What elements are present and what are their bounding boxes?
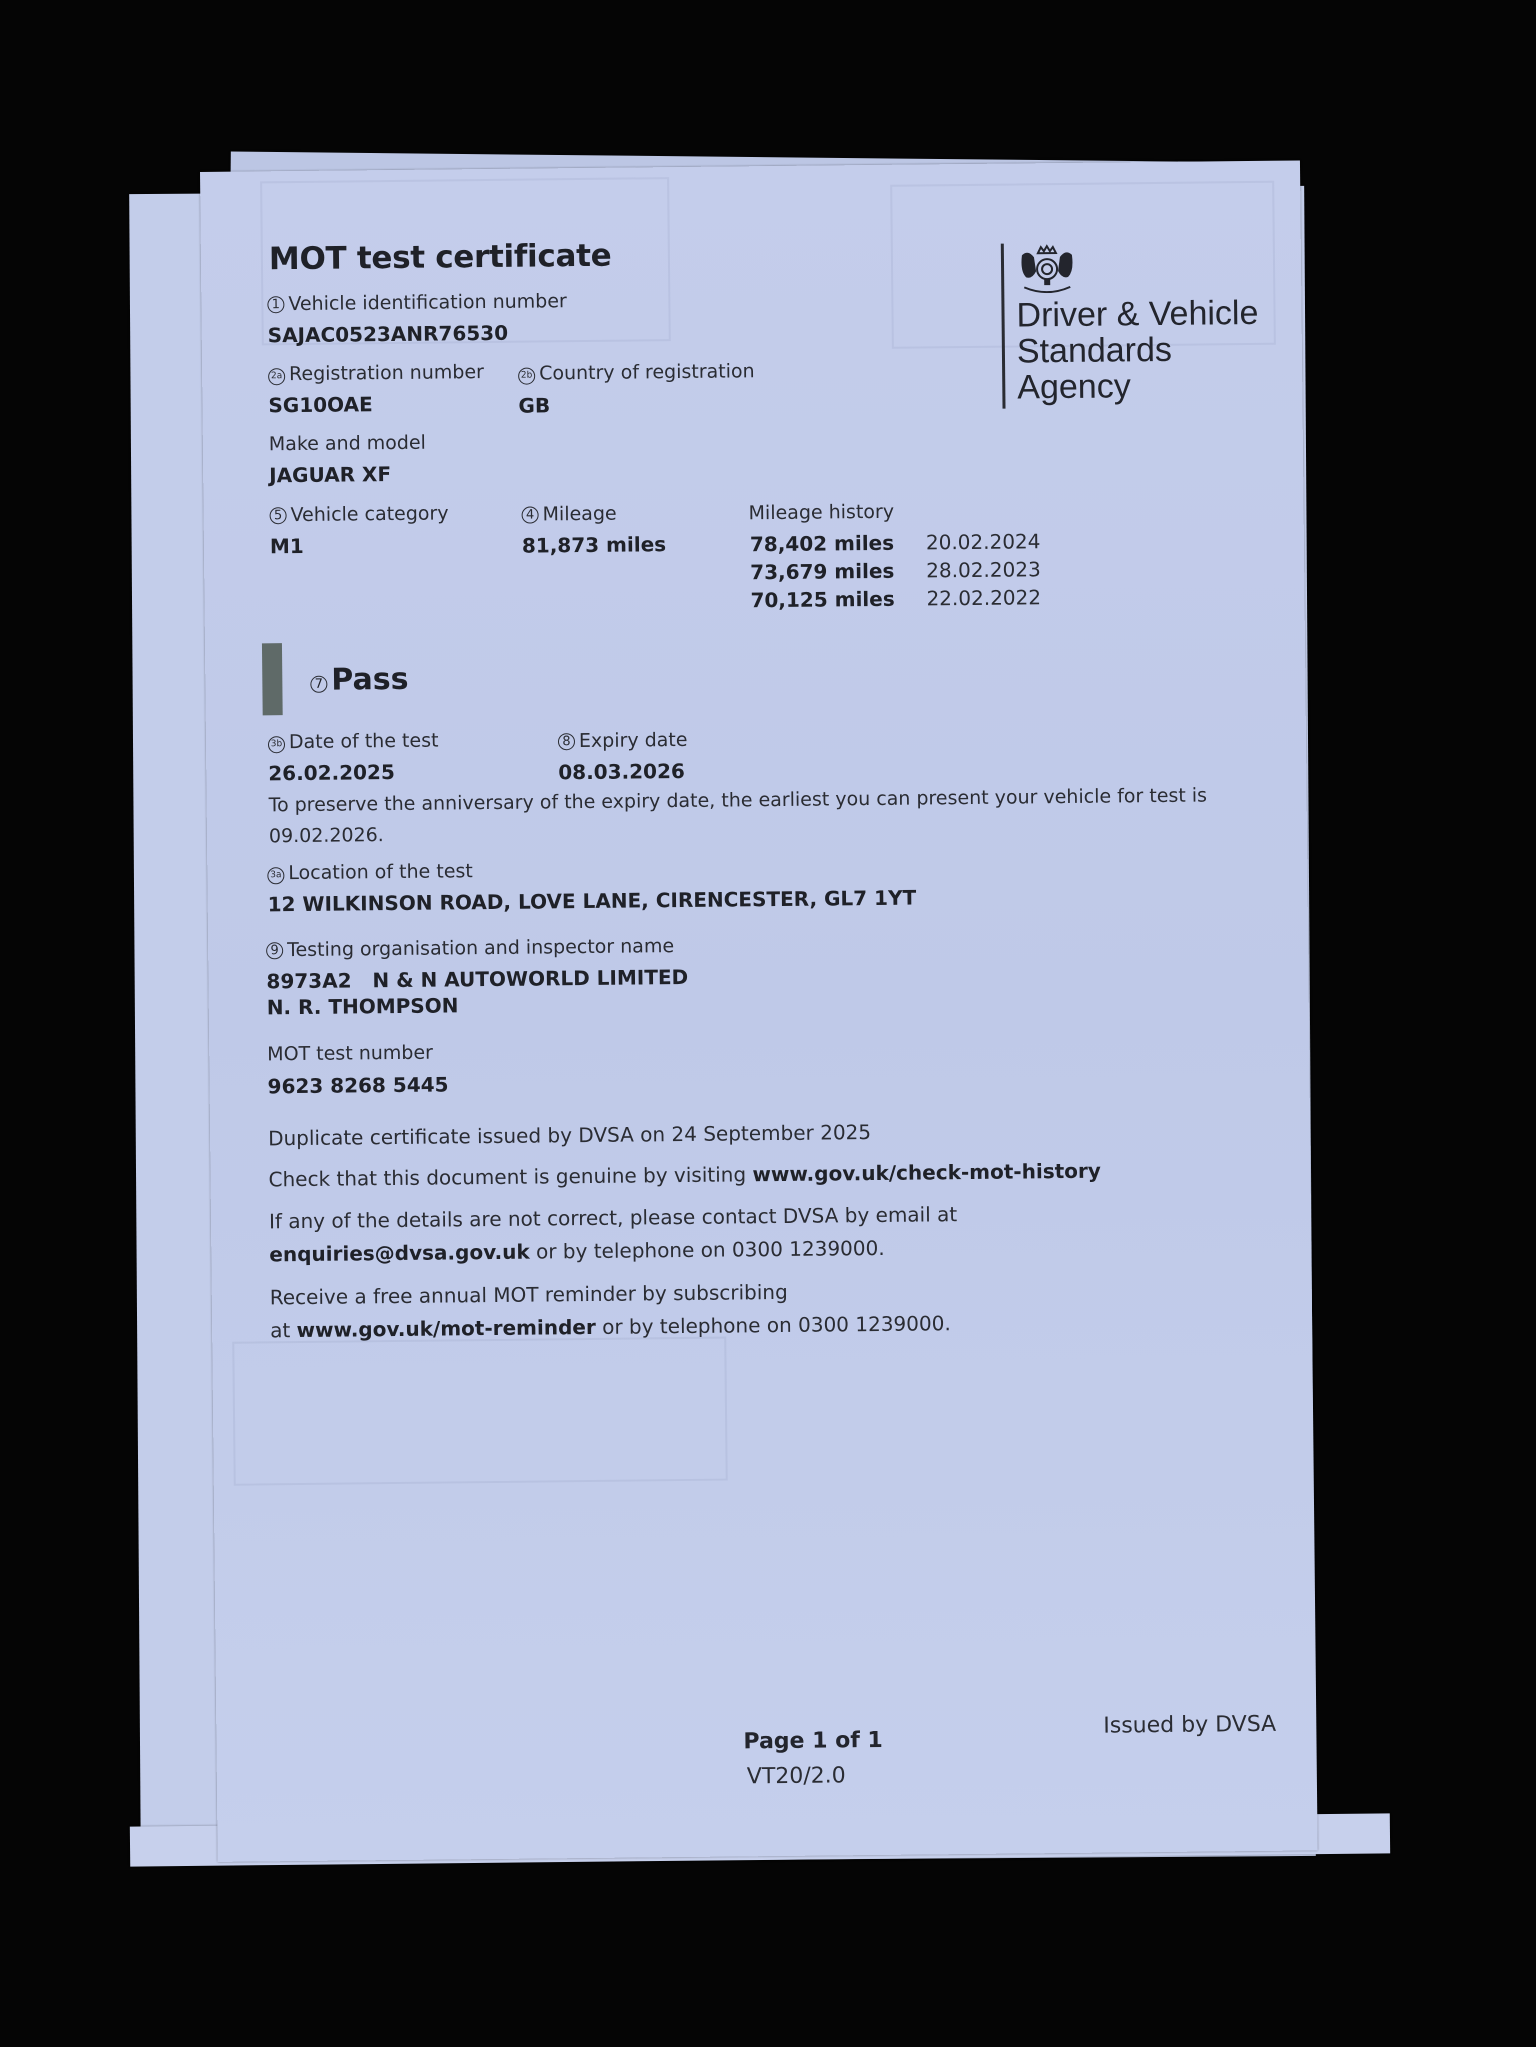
- test-number-label: MOT test number: [267, 1042, 433, 1066]
- agency-name-line: Agency: [1017, 367, 1259, 406]
- reminder-note-line2: at www.gov.uk/mot-reminder or by telepho…: [270, 1311, 951, 1342]
- country-value: GB: [518, 393, 550, 417]
- mileage-history-date: 28.02.2023: [926, 557, 1041, 582]
- field-number-badge: 3b: [268, 736, 285, 753]
- duplicate-note: Duplicate certificate issued by DVSA on …: [268, 1120, 871, 1150]
- mileage-history-date: 22.02.2022: [926, 585, 1041, 610]
- test-number-value: 9623 8268 5445: [267, 1072, 448, 1098]
- agency-name-line: Driver & Vehicle: [1016, 295, 1258, 334]
- contact-note: If any of the details are not correct, p…: [269, 1202, 957, 1233]
- mot-reminder-link[interactable]: www.gov.uk/mot-reminder: [296, 1315, 595, 1342]
- mileage-value: 81,873 miles: [522, 532, 666, 558]
- organisation-value: 8973A2 N & N AUTOWORLD LIMITED: [266, 965, 688, 993]
- make-model-label: Make and model: [269, 432, 426, 456]
- registration-label: 2aRegistration number: [268, 361, 484, 385]
- issued-by: Issued by DVSA: [1103, 1712, 1276, 1739]
- dvsa-email-link[interactable]: enquiries@dvsa.gov.uk: [269, 1240, 530, 1267]
- field-number-badge: 1: [267, 296, 284, 313]
- field-number-badge: 4: [522, 506, 539, 523]
- field-number-badge: 5: [270, 507, 287, 524]
- reminder-note: Receive a free annual MOT reminder by su…: [270, 1280, 788, 1309]
- field-number-badge: 7: [310, 676, 327, 693]
- anniversary-note: To preserve the anniversary of the expir…: [269, 784, 1208, 816]
- organisation-label: 9Testing organisation and inspector name: [266, 935, 674, 961]
- agency-name-line: Standards: [1017, 331, 1259, 370]
- country-label: 2bCountry of registration: [518, 360, 755, 384]
- mileage-history-miles: 70,125 miles: [750, 587, 894, 613]
- category-value: M1: [270, 534, 304, 558]
- contact-note-line2: enquiries@dvsa.gov.uk or by telephone on…: [269, 1236, 885, 1266]
- expiry-date-label: 8Expiry date: [558, 729, 688, 752]
- dvsa-logo: Driver & Vehicle Standards Agency: [1001, 241, 1260, 409]
- check-note: Check that this document is genuine by v…: [268, 1159, 1101, 1192]
- page-number: Page 1 of 1: [743, 1728, 883, 1754]
- make-model-value: JAGUAR XF: [269, 462, 391, 487]
- check-mot-history-link[interactable]: www.gov.uk/check-mot-history: [752, 1159, 1101, 1187]
- anniversary-date: 09.02.2026.: [269, 824, 384, 847]
- result-bar: [262, 643, 283, 715]
- mileage-history-label: Mileage history: [748, 501, 894, 525]
- registration-value: SG10OAE: [268, 392, 373, 417]
- field-number-badge: 8: [558, 733, 575, 750]
- location-value: 12 WILKINSON ROAD, LOVE LANE, CIRENCESTE…: [268, 886, 917, 917]
- page-title: MOT test certificate: [269, 238, 612, 278]
- mileage-label: 4Mileage: [521, 503, 616, 526]
- form-code: VT20/2.0: [747, 1763, 846, 1789]
- result-status: 7Pass: [310, 662, 409, 698]
- field-number-badge: 9: [266, 942, 283, 959]
- field-number-badge: 2a: [268, 368, 285, 385]
- mot-certificate-page: MOT test certificate 1Vehicle identifica…: [200, 160, 1318, 1861]
- field-number-badge: 3a: [267, 867, 284, 884]
- mileage-history-miles: 73,679 miles: [750, 559, 894, 585]
- category-label: 5Vehicle category: [269, 502, 448, 526]
- vin-label: 1Vehicle identification number: [267, 290, 567, 315]
- test-date-value: 26.02.2025: [268, 760, 395, 785]
- mileage-history-date: 20.02.2024: [926, 529, 1041, 554]
- inspector-name: N. R. THOMPSON: [267, 993, 459, 1019]
- field-number-badge: 2b: [518, 368, 535, 385]
- test-date-label: 3bDate of the test: [268, 730, 439, 754]
- location-label: 3aLocation of the test: [267, 860, 473, 884]
- royal-crest-icon: [1016, 243, 1079, 294]
- vin-value: SAJAC0523ANR76530: [268, 321, 509, 348]
- expiry-date-value: 08.03.2026: [558, 759, 685, 784]
- mileage-history-miles: 78,402 miles: [750, 531, 894, 557]
